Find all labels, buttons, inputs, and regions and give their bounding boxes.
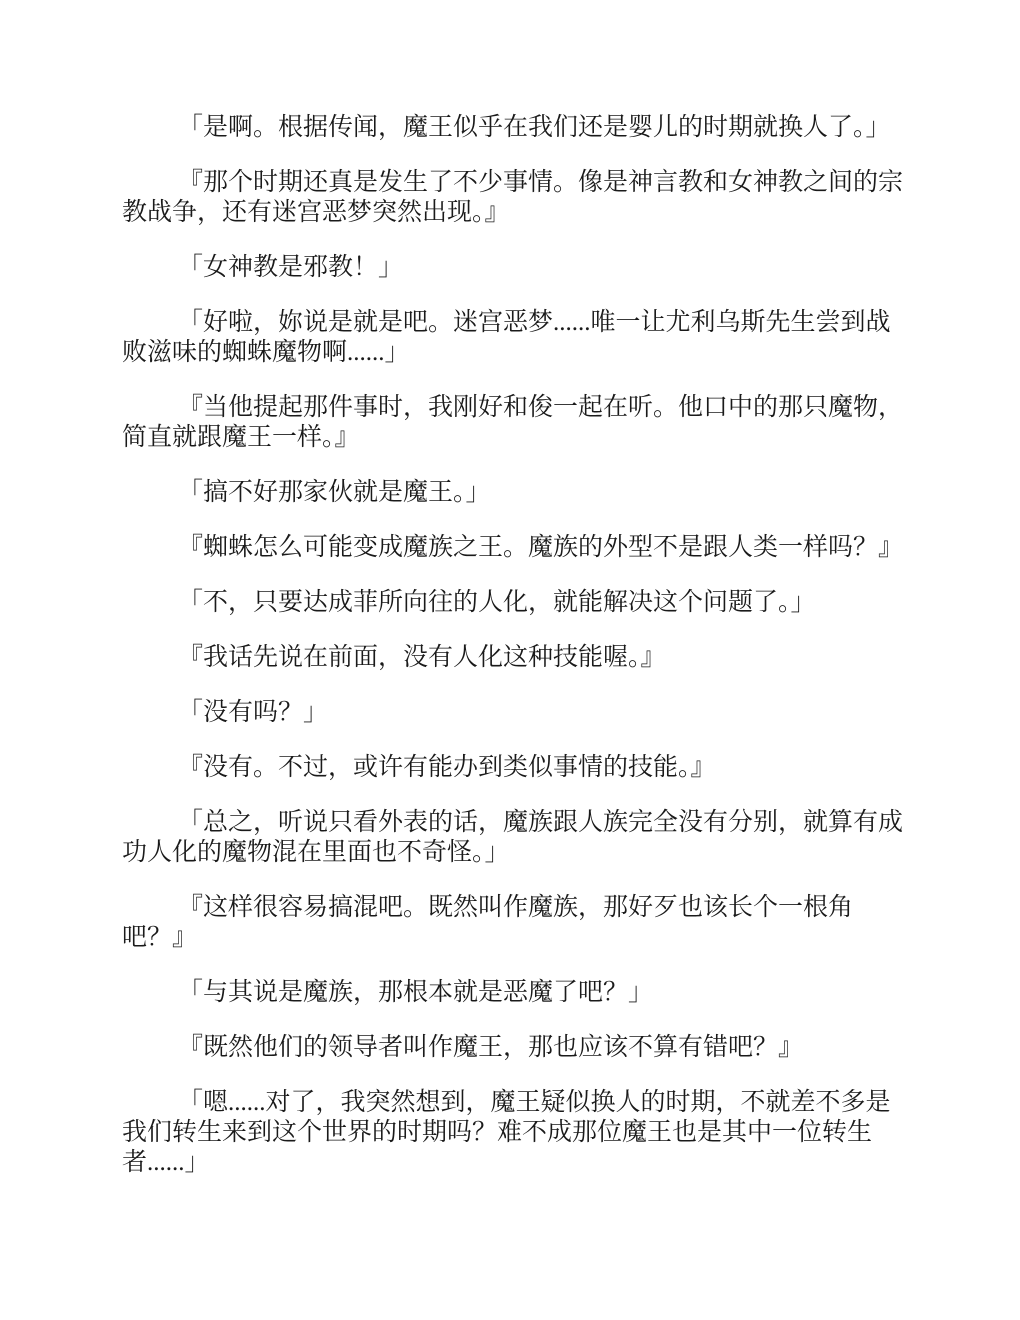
- dialogue-paragraph: 『蜘蛛怎么可能变成魔族之王。魔族的外型不是跟人类一样吗？』: [122, 533, 904, 563]
- novel-page: 「是啊。根据传闻，魔王似乎在我们还是婴儿的时期就换人了。」『那个时期还真是发生了…: [0, 0, 1020, 1320]
- text-line: 「不，只要达成菲所向往的人化，就能解决这个问题了。」: [122, 588, 904, 618]
- text-line: 简直就跟魔王一样。』: [122, 423, 904, 453]
- text-line: 『既然他们的领导者叫作魔王，那也应该不算有错吧？』: [122, 1033, 904, 1063]
- dialogue-paragraph: 「没有吗？」: [122, 698, 904, 728]
- text-line: 『这样很容易搞混吧。既然叫作魔族，那好歹也该长个一根角: [122, 893, 904, 923]
- dialogue-paragraph: 「与其说是魔族，那根本就是恶魔了吧？」: [122, 978, 904, 1008]
- dialogue-paragraph: 『那个时期还真是发生了不少事情。像是神言教和女神教之间的宗教战争，还有迷宫恶梦突…: [122, 168, 904, 228]
- dialogue-paragraph: 「嗯......对了，我突然想到，魔王疑似换人的时期，不就差不多是我们转生来到这…: [122, 1088, 904, 1178]
- text-line: 「没有吗？」: [122, 698, 904, 728]
- dialogue-paragraph: 『没有。不过，或许有能办到类似事情的技能。』: [122, 753, 904, 783]
- text-line: 吧？』: [122, 923, 904, 953]
- text-line: 者......」: [122, 1148, 904, 1178]
- text-line: 「女神教是邪教！」: [122, 253, 904, 283]
- page-text: 「是啊。根据传闻，魔王似乎在我们还是婴儿的时期就换人了。」『那个时期还真是发生了…: [122, 113, 904, 1178]
- text-line: 「嗯......对了，我突然想到，魔王疑似换人的时期，不就差不多是: [122, 1088, 904, 1118]
- text-line: 「与其说是魔族，那根本就是恶魔了吧？」: [122, 978, 904, 1008]
- dialogue-paragraph: 「不，只要达成菲所向往的人化，就能解决这个问题了。」: [122, 588, 904, 618]
- text-line: 『没有。不过，或许有能办到类似事情的技能。』: [122, 753, 904, 783]
- dialogue-paragraph: 『我话先说在前面，没有人化这种技能喔。』: [122, 643, 904, 673]
- text-line: 功人化的魔物混在里面也不奇怪。」: [122, 838, 904, 868]
- text-line: 『蜘蛛怎么可能变成魔族之王。魔族的外型不是跟人类一样吗？』: [122, 533, 904, 563]
- dialogue-paragraph: 「是啊。根据传闻，魔王似乎在我们还是婴儿的时期就换人了。」: [122, 113, 904, 143]
- text-line: 「是啊。根据传闻，魔王似乎在我们还是婴儿的时期就换人了。」: [122, 113, 904, 143]
- text-line: 败滋味的蜘蛛魔物啊......」: [122, 338, 904, 368]
- text-line: 教战争，还有迷宫恶梦突然出现。』: [122, 198, 904, 228]
- dialogue-paragraph: 『既然他们的领导者叫作魔王，那也应该不算有错吧？』: [122, 1033, 904, 1063]
- dialogue-paragraph: 『这样很容易搞混吧。既然叫作魔族，那好歹也该长个一根角吧？』: [122, 893, 904, 953]
- text-line: 「总之，听说只看外表的话，魔族跟人族完全没有分别，就算有成: [122, 808, 904, 838]
- text-line: 『我话先说在前面，没有人化这种技能喔。』: [122, 643, 904, 673]
- text-line: 我们转生来到这个世界的时期吗？难不成那位魔王也是其中一位转生: [122, 1118, 904, 1148]
- text-line: 「搞不好那家伙就是魔王。」: [122, 478, 904, 508]
- text-line: 「好啦，妳说是就是吧。迷宫恶梦......唯一让尤利乌斯先生尝到战: [122, 308, 904, 338]
- dialogue-paragraph: 「女神教是邪教！」: [122, 253, 904, 283]
- dialogue-paragraph: 「总之，听说只看外表的话，魔族跟人族完全没有分别，就算有成功人化的魔物混在里面也…: [122, 808, 904, 868]
- text-line: 『那个时期还真是发生了不少事情。像是神言教和女神教之间的宗: [122, 168, 904, 198]
- text-line: 『当他提起那件事时，我刚好和俊一起在听。他口中的那只魔物，: [122, 393, 904, 423]
- dialogue-paragraph: 「搞不好那家伙就是魔王。」: [122, 478, 904, 508]
- dialogue-paragraph: 「好啦，妳说是就是吧。迷宫恶梦......唯一让尤利乌斯先生尝到战败滋味的蜘蛛魔…: [122, 308, 904, 368]
- dialogue-paragraph: 『当他提起那件事时，我刚好和俊一起在听。他口中的那只魔物，简直就跟魔王一样。』: [122, 393, 904, 453]
